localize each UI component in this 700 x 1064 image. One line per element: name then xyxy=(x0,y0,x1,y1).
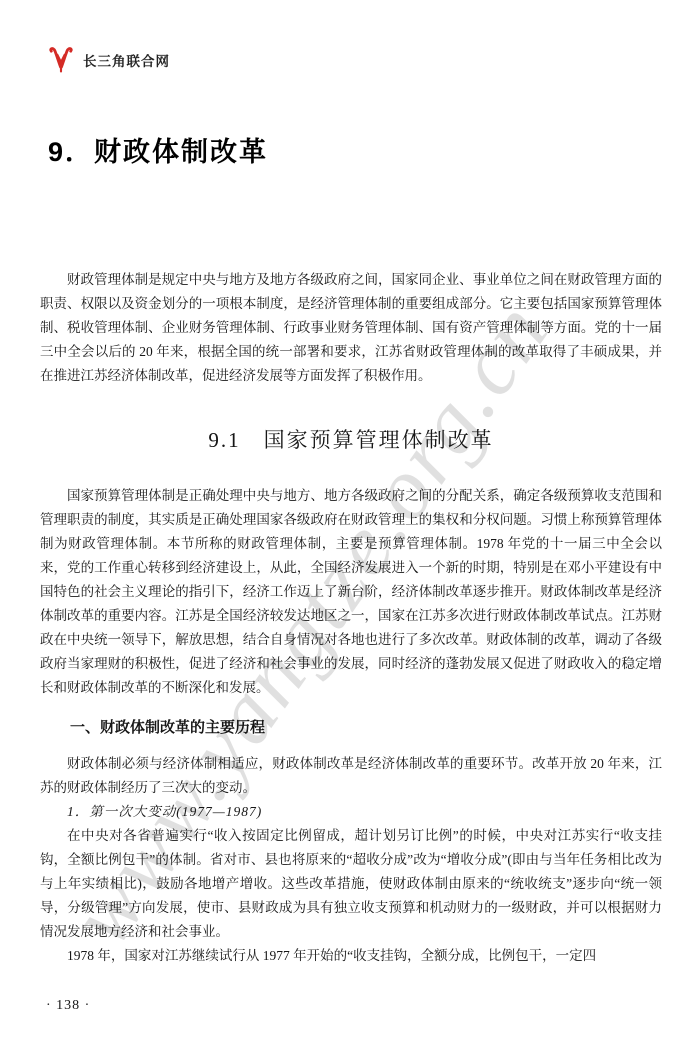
paragraph-reform-course: 财政体制必须与经济体制相适应，财政体制改革是经济体制改革的重要环节。改革开放 2… xyxy=(40,752,662,800)
site-logo-icon xyxy=(46,44,76,76)
page-body: 财政管理体制是规定中央与地方及地方各级政府之间，国家同企业、事业单位之间在财政管… xyxy=(40,268,662,968)
site-name-label: 长三角联合网 xyxy=(83,50,170,70)
paragraph-intro: 财政管理体制是规定中央与地方及地方各级政府之间，国家同企业、事业单位之间在财政管… xyxy=(40,268,662,388)
page-number: · 138 · xyxy=(46,998,90,1014)
list-item-first-change: 1．第一次大变动(1977—1987) xyxy=(40,800,662,824)
chapter-title: 9．财政体制改革 xyxy=(48,130,268,169)
paragraph-central-policy: 在中央对各省普遍实行“收入按固定比例留成，超计划另订比例”的时候，中央对江苏实行… xyxy=(40,824,662,944)
paragraph-1978-trial: 1978 年，国家对江苏继续试行从 1977 年开始的“收支挂钩，全额分成，比例… xyxy=(40,944,662,968)
section-title: 9.1 国家预算管理体制改革 xyxy=(40,428,662,452)
scanned-book-page: www.yangtze.org.cn 长三角联合网 9．财政体制改革 财政管理体… xyxy=(0,0,700,1064)
site-header: 长三角联合网 xyxy=(46,44,170,76)
subsection-heading: 一、财政体制改革的主要历程 xyxy=(40,716,662,740)
paragraph-budget-system: 国家预算管理体制是正确处理中央与地方、地方各级政府之间的分配关系，确定各级预算收… xyxy=(40,484,662,700)
